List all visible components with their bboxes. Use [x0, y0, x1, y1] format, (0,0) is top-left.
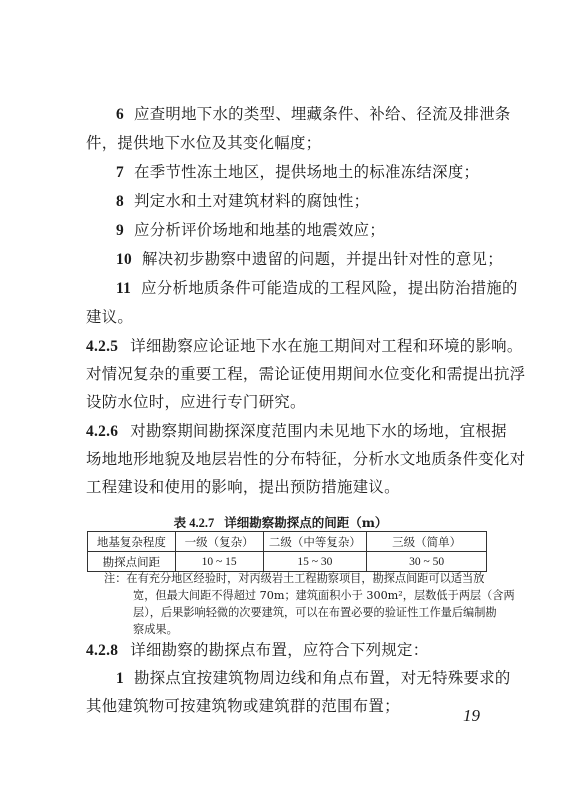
list-item-1: 1勘探点宜按建筑物周边线和角点布置，对无特殊要求的	[116, 668, 489, 689]
table-row: 勘探点间距 10 ~ 15 15 ~ 30 30 ~ 50	[88, 552, 487, 572]
item-text: 应分析地质条件可能造成的工程风险，提出防治措施的	[141, 279, 518, 297]
item-text: 在季节性冻土地区，提供场地土的标准冻结深度；	[134, 163, 479, 181]
item-number: 9	[116, 222, 124, 239]
list-item-11: 11应分析地质条件可能造成的工程风险，提出防治措施的	[116, 278, 489, 299]
list-item-1-cont: 其他建筑物可按建筑物或建筑群的范围布置；	[86, 696, 489, 716]
clause-text: 详细勘察的勘探点布置，应符合下列规定：	[130, 641, 428, 659]
clause-text: 详细勘察应论证地下水在施工期间对工程和环境的影响。	[130, 337, 522, 355]
table-note-line: 宽，但最大间距不得超过 70m；建筑面积小于 300m²，层数低于两层（含两	[133, 587, 489, 604]
list-item-6-cont: 件，提供地下水位及其变化幅度；	[86, 133, 489, 153]
table-header-cell: 二级（中等复杂）	[263, 532, 367, 552]
clause-4-2-6-line3: 工程建设和使用的影响，提出预防措施建议。	[86, 477, 489, 497]
clause-4-2-5-line2: 对情况复杂的重要工程，需论证使用期间水位变化和需提出抗浮	[86, 364, 489, 384]
table-number: 表 4.2.7	[174, 516, 215, 530]
list-item-7: 7在季节性冻土地区，提供场地土的标准冻结深度；	[116, 162, 489, 183]
table-header-row: 地基复杂程度 一级（复杂） 二级（中等复杂） 三级（简单）	[88, 532, 487, 552]
table-header-cell: 地基复杂程度	[88, 532, 176, 552]
table-note-line: 注：在有充分地区经验时，对丙级岩土工程勘察项目，勘探点间距可以适当放	[104, 570, 489, 587]
item-text: 勘探点宜按建筑物周边线和角点布置，对无特殊要求的	[134, 669, 511, 687]
table-cell: 勘探点间距	[88, 552, 176, 572]
page-number: 19	[463, 706, 480, 726]
table-header-cell: 三级（简单）	[367, 532, 487, 552]
clause-4-2-6-line2: 场地地形地貌及地层岩性的分布特征，分析水文地质条件变化对	[86, 449, 489, 469]
item-text: 应分析评价场地和地基的地震效应；	[134, 221, 385, 239]
clause-number: 4.2.5	[86, 338, 118, 355]
clause-text: 对勘察期间勘探深度范围内未见地下水的场地，宜根据	[130, 422, 507, 440]
clause-4-2-5-line3: 设防水位时，应进行专门研究。	[86, 392, 489, 412]
item-number: 10	[116, 251, 132, 268]
item-number: 1	[116, 670, 124, 687]
table-header-cell: 一级（复杂）	[175, 532, 263, 552]
list-item-8: 8判定水和土对建筑材料的腐蚀性；	[116, 191, 489, 212]
clause-number: 4.2.6	[86, 423, 118, 440]
item-number: 6	[116, 106, 124, 123]
clause-number: 4.2.8	[86, 642, 118, 659]
item-text: 应查明地下水的类型、埋藏条件、补给、径流及排泄条	[134, 105, 511, 123]
clause-4-2-8: 4.2.8详细勘察的勘探点布置，应符合下列规定：	[86, 640, 489, 661]
item-text: 解决初步勘察中遗留的问题，并提出针对性的意见；	[142, 250, 503, 268]
item-number: 11	[116, 280, 131, 297]
item-text: 判定水和土对建筑材料的腐蚀性；	[134, 192, 369, 210]
clause-4-2-5: 4.2.5详细勘察应论证地下水在施工期间对工程和环境的影响。	[86, 336, 489, 357]
table-cell: 30 ~ 50	[367, 552, 487, 572]
spacing-table: 地基复杂程度 一级（复杂） 二级（中等复杂） 三级（简单） 勘探点间距 10 ~…	[87, 531, 487, 572]
table-cell: 10 ~ 15	[175, 552, 263, 572]
table-note-line: 察成果。	[133, 621, 489, 638]
list-item-10: 10解决初步勘察中遗留的问题，并提出针对性的意见；	[116, 249, 489, 270]
list-item-11-cont: 建议。	[86, 307, 489, 327]
table-cell: 15 ~ 30	[263, 552, 367, 572]
table-note-line: 层），后果影响轻微的次要建筑，可以在布置必要的验证性工作量后编制勘	[133, 604, 489, 621]
clause-4-2-6: 4.2.6对勘察期间勘探深度范围内未见地下水的场地，宜根据	[86, 421, 489, 442]
item-number: 7	[116, 164, 124, 181]
list-item-6: 6应查明地下水的类型、埋藏条件、补给、径流及排泄条	[116, 104, 489, 125]
item-number: 8	[116, 193, 124, 210]
list-item-9: 9应分析评价场地和地基的地震效应；	[116, 220, 489, 241]
table-title: 详细勘察勘探点的间距（m）	[224, 515, 387, 530]
table-caption: 表 4.2.7详细勘察勘探点的间距（m）	[0, 513, 561, 531]
